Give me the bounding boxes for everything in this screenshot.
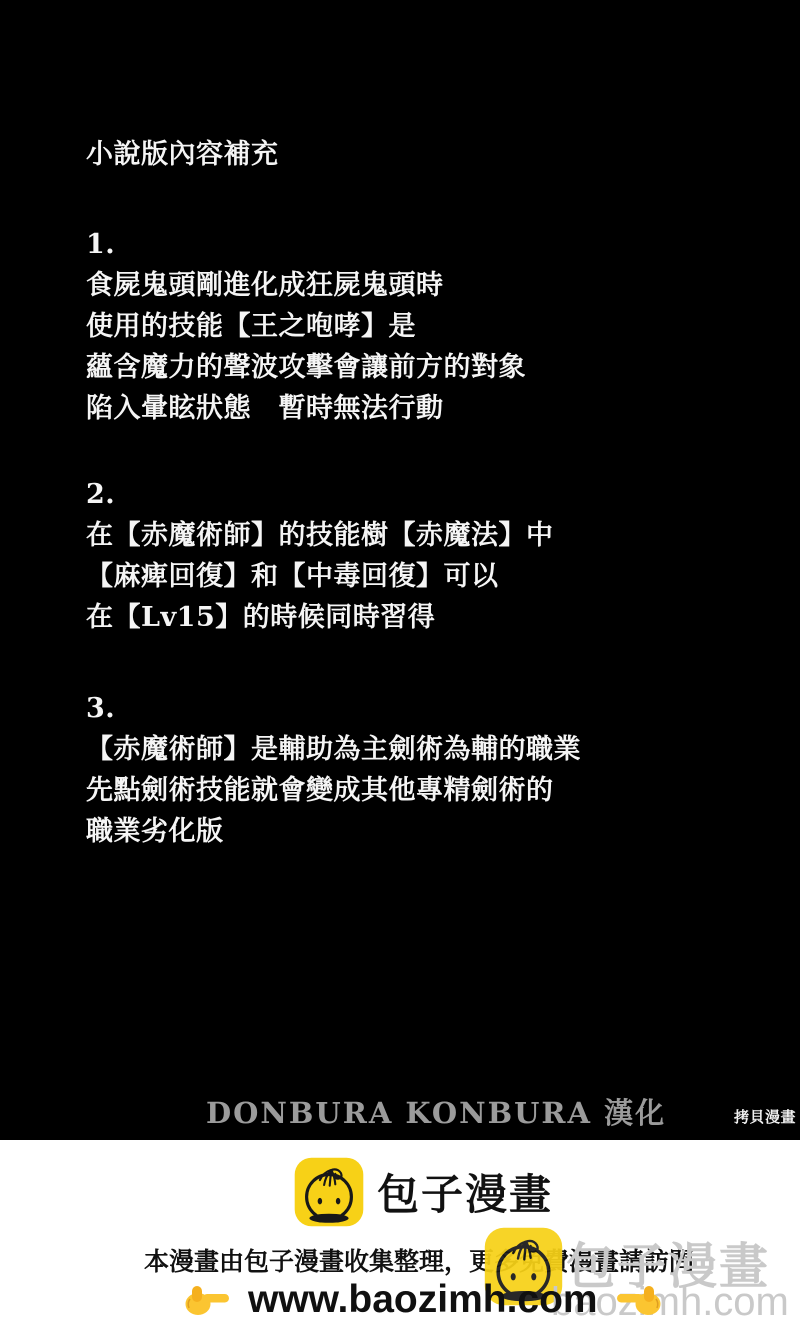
copy-site-watermark: 拷貝漫畫 <box>734 1106 796 1127</box>
section-line: 食屍鬼頭剛進化成狂屍鬼頭時 <box>86 265 526 306</box>
section-line: 先點劍術技能就會變成其他專精劍術的 <box>86 770 581 811</box>
baozi-bun-icon <box>294 1157 364 1227</box>
pointing-right-hand-icon <box>184 1283 230 1317</box>
brand-name: 包子漫畫 <box>377 1162 553 1222</box>
pointing-left-hand-icon <box>616 1283 662 1317</box>
section-line: 在【赤魔術師】的技能樹【赤魔法】中 <box>86 515 554 556</box>
site-url-link[interactable]: www.baozimh.com <box>248 1278 598 1322</box>
section-1: 1. 食屍鬼頭剛進化成狂屍鬼頭時 使用的技能【王之咆哮】是 蘊含魔力的聲波攻擊會… <box>86 224 526 429</box>
section-line: 【麻痺回復】和【中毒回復】可以 <box>86 556 554 597</box>
section-number: 3. <box>86 688 581 729</box>
footer: 包子漫畫 baozimh.com 包子漫畫 本漫畫 <box>0 1140 800 1338</box>
section-line: 在【Lv15】的時候同時習得 <box>86 597 554 638</box>
page-title: 小說版內容補充 <box>86 134 279 175</box>
section-line: 蘊含魔力的聲波攻擊會讓前方的對象 <box>86 347 526 388</box>
section-number: 2. <box>86 474 554 515</box>
section-line: 【赤魔術師】是輔助為主劍術為輔的職業 <box>86 729 581 770</box>
manga-page: 小說版內容補充 1. 食屍鬼頭剛進化成狂屍鬼頭時 使用的技能【王之咆哮】是 蘊含… <box>0 0 800 1338</box>
brand-row: 包子漫畫 <box>294 1157 553 1227</box>
section-line: 陷入暈眩狀態 暫時無法行動 <box>86 388 526 429</box>
section-line: 使用的技能【王之咆哮】是 <box>86 306 526 347</box>
section-3: 3. 【赤魔術師】是輔助為主劍術為輔的職業 先點劍術技能就會變成其他專精劍術的 … <box>86 688 581 852</box>
section-line: 職業劣化版 <box>86 811 581 852</box>
translation-credit: DONBURA KONBURA 漢化 <box>206 1091 666 1132</box>
section-number: 1. <box>86 224 526 265</box>
url-row: www.baozimh.com <box>184 1278 662 1322</box>
section-2: 2. 在【赤魔術師】的技能樹【赤魔法】中 【麻痺回復】和【中毒回復】可以 在【L… <box>86 474 554 638</box>
